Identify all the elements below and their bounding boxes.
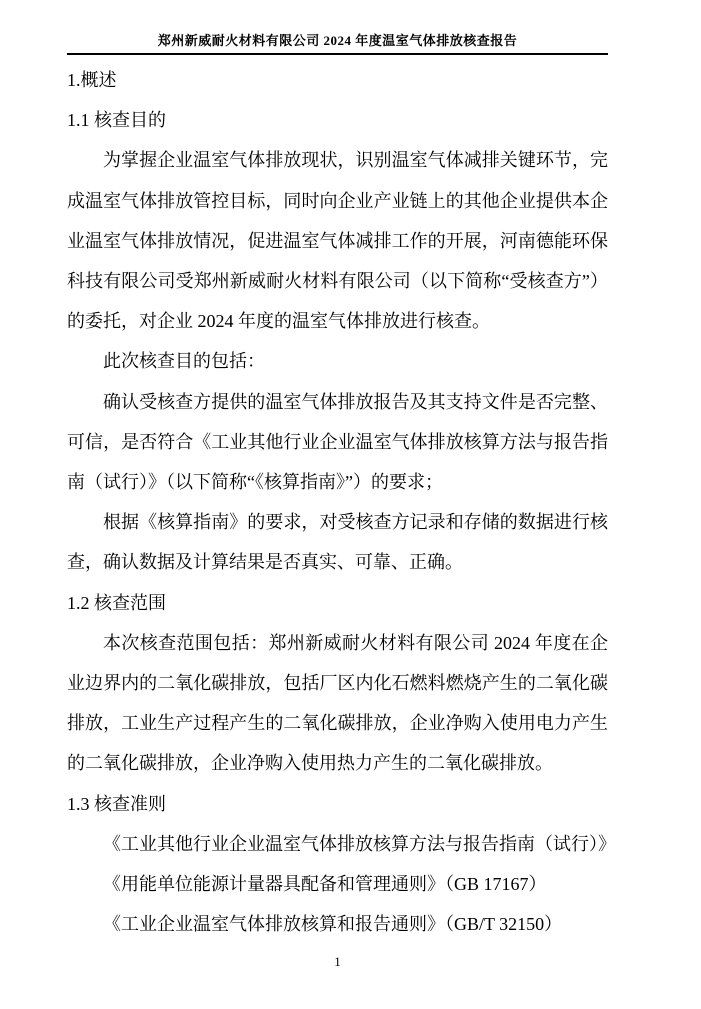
- running-header: 郑州新威耐火材料有限公司 2024 年度温室气体排放核查报告: [67, 33, 608, 55]
- document-paragraph: 《工业其他行业企业温室气体排放核算方法与报告指南（试行）》: [67, 824, 608, 864]
- document-heading: 1.2 核查范围: [67, 583, 608, 623]
- document-paragraph: 《用能单位能源计量器具配备和管理通则》（GB 17167）: [67, 864, 608, 904]
- document-paragraph: 为掌握企业温室气体排放现状，识别温室气体减排关键环节，完成温室气体排放管控目标，…: [67, 140, 608, 341]
- document-page: 郑州新威耐火材料有限公司 2024 年度温室气体排放核查报告 1.概述1.1 核…: [0, 0, 701, 1009]
- document-paragraph: 此次核查目的包括：: [67, 341, 608, 381]
- document-heading: 1.1 核查目的: [67, 100, 608, 140]
- document-paragraph: 本次核查范围包括：郑州新威耐火材料有限公司 2024 年度在企业边界内的二氧化碳…: [67, 623, 608, 784]
- document-paragraph: 确认受核查方提供的温室气体排放报告及其支持文件是否完整、可信，是否符合《工业其他…: [67, 382, 608, 503]
- document-heading: 1.概述: [67, 60, 608, 100]
- document-paragraph: 根据《核算指南》的要求，对受核查方记录和存储的数据进行核查，确认数据及计算结果是…: [67, 502, 608, 582]
- document-heading: 1.3 核查准则: [67, 784, 608, 824]
- page-number: 1: [67, 953, 608, 971]
- document-paragraph: 《工业企业温室气体排放核算和报告通则》（GB/T 32150）: [67, 904, 608, 944]
- document-body: 1.概述1.1 核查目的为掌握企业温室气体排放现状，识别温室气体减排关键环节，完…: [67, 60, 608, 944]
